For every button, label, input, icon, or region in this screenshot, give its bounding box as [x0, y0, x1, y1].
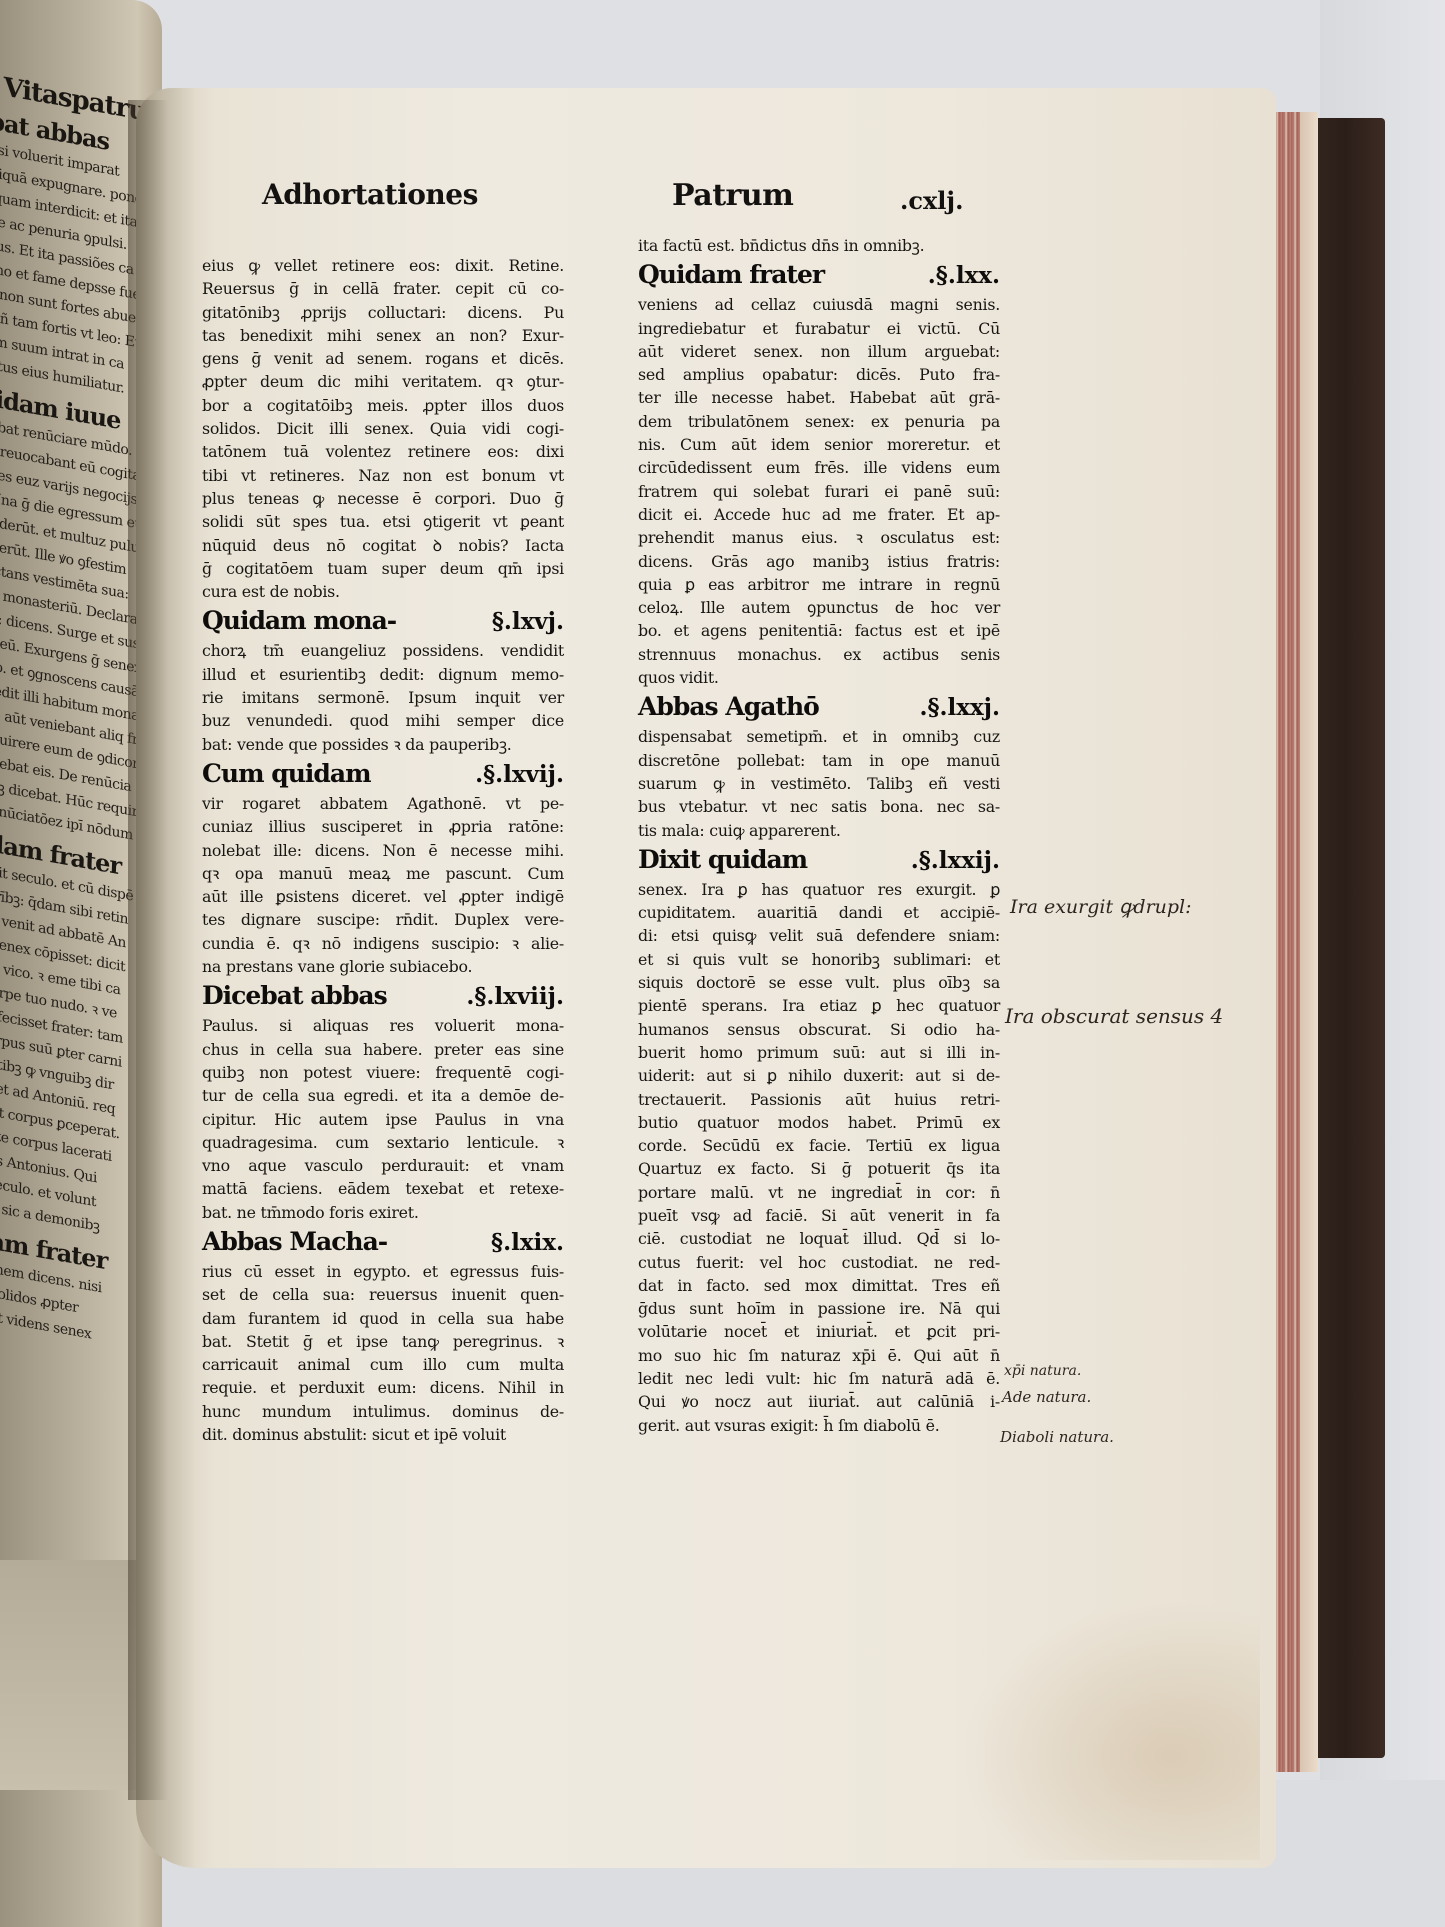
text-line: eius ꝙ vellet retinere eos: dixit. Retin… [202, 254, 564, 277]
section-number: §.lxvj. [492, 604, 564, 640]
text-line: ledit nec ledi vult: hic ſm naturā adā ē… [638, 1367, 1000, 1390]
text-line: fratrem qui solebat furari ei panē suū: [638, 480, 1000, 503]
text-line: set de cella sua: reuersus inuenit quen- [202, 1283, 564, 1306]
text-line: et si quis vult se honoribꝫ sublimari: e… [638, 948, 1000, 971]
text-line: cipitur. Hic autem ipse Paulus in vna [202, 1108, 564, 1131]
section-heading: Quidam mona-§.lxvj. [202, 603, 564, 639]
text-line: vno aque vasculo perdurauit: et vnam [202, 1154, 564, 1177]
text-line: vir rogaret abbatem Agathonē. vt pe- [202, 792, 564, 815]
text-line: mattā faciens. eādem texebat et retexe- [202, 1177, 564, 1200]
text-line: strennuus monachus. ex actibus senis [638, 643, 1000, 666]
text-line: bat. ne tm̄modo foris exiret. [202, 1201, 564, 1224]
text-line: bor a cogitatōibꝫ meis. ꝓpter illos duos [202, 394, 564, 417]
text-line: humanos sensus obscurat. Si odio ha- [638, 1018, 1000, 1041]
text-line: prehendit manus eius. ꝛ osculatus est: [638, 526, 1000, 549]
water-stain [960, 1600, 1260, 1860]
text-line: tes dignare suscipe: rn̄dit. Duplex vere… [202, 908, 564, 931]
section-title: Dicebat abbas [202, 978, 387, 1014]
text-line: dat in facto. sed mox dimittat. Tres eñ [638, 1274, 1000, 1297]
marginal-note: Ade natura. [1002, 1388, 1091, 1406]
folio-number: .cxlj. [900, 186, 963, 215]
text-line: Reuersus ḡ in cellā frater. cepit cū co- [202, 277, 564, 300]
section-heading: Cum quidam.§.lxvij. [202, 756, 564, 792]
text-line: dispensabat semetipm̄. et in omnibꝫ cuz [638, 725, 1000, 748]
text-line: Paulus. si aliquas res voluerit mona- [202, 1014, 564, 1037]
text-line: carricauit animal cum illo cum multa [202, 1353, 564, 1376]
marginal-note: Ira exurgit ꝙdrupl: [1010, 893, 1192, 919]
text-line: tis mala: cuiꝙ apparerent. [638, 819, 1000, 842]
text-line: sed amplius opabatur: dicēs. Puto fra- [638, 363, 1000, 386]
text-line: ingrediebatur et furabatur ei victū. Cū [638, 317, 1000, 340]
text-line: veniens ad cellaz cuiusdā magni senis. [638, 293, 1000, 316]
text-line: dem tribulatōnem senex: ex penuria pa [638, 410, 1000, 433]
text-line: ter ille necesse habet. Habebat aūt grā- [638, 386, 1000, 409]
text-line: quia ꝑ eas arbitror me intrare in regnū [638, 573, 1000, 596]
text-line: quos vidit. [638, 666, 1000, 689]
text-line: gerit. aut vsuras exigit: h̄ ſm diabolū … [638, 1414, 1000, 1437]
left-gutter-shadow [128, 100, 168, 1800]
text-line: circūdedissent eum frēs. ille videns eum [638, 456, 1000, 479]
text-line: hunc mundum intulimus. dominus de- [202, 1400, 564, 1423]
marginal-note: xp̄i natura. [1004, 1363, 1081, 1379]
text-line: illud et esurientibꝫ dedit: dignum memo- [202, 663, 564, 686]
section-number: .§.lxx. [928, 258, 1000, 294]
text-line: na prestans vane glorie subiacebo. [202, 955, 564, 978]
text-line: corde. Secūdū ex facie. Tertiū ex ligua [638, 1134, 1000, 1157]
text-line: dicens. Grās ago manibꝫ istius fratris: [638, 550, 1000, 573]
running-head-right: Patrum [672, 178, 793, 213]
section-title: Quidam frater [638, 257, 824, 293]
text-line: gens ḡ venit ad senem. rogans et dicēs. [202, 347, 564, 370]
section-title: Abbas Agathō [638, 689, 819, 725]
text-line: discretōne pollebat: tam in ope manuū [638, 749, 1000, 772]
text-line: quadragesima. cum sextario lenticule. ꝛ [202, 1131, 564, 1154]
text-line: trectauerit. Passionis aūt huius retri- [638, 1088, 1000, 1111]
marginal-note: Ira obscurat sensus 4 [1005, 1004, 1223, 1028]
text-line: cutus fuerit: vel hoc custodiat. ne red- [638, 1251, 1000, 1274]
section-number: .§.lxxij. [911, 843, 1000, 879]
marginal-note: Diaboli natura. [1000, 1428, 1114, 1446]
section-title: Cum quidam [202, 756, 371, 792]
section-title: Quidam mona- [202, 603, 396, 639]
text-line: ḡ cogitatōem tuam super deum qm̄ ipsi [202, 557, 564, 580]
text-line: dit. dominus abstulit: sicut et ipē volu… [202, 1423, 564, 1446]
text-line: butio quatuor modos habet. Primū ex [638, 1111, 1000, 1134]
text-line: pientē sperans. Ira etiaz ꝑ hec quatuor [638, 994, 1000, 1017]
text-line: mo suo hic ſm naturaz xp̄i ē. Qui aūt n̄ [638, 1344, 1000, 1367]
text-line: plus teneas ꝙ necesse ē corpori. Duo ḡ [202, 487, 564, 510]
running-head-left: Adhortationes [262, 178, 478, 211]
section-number: .§.lxvij. [475, 757, 564, 793]
text-line: portare malū. vt ne ingrediat̄ in cor: n… [638, 1181, 1000, 1204]
text-line: siquis doctorē se esse vult. plus oībꝫ s… [638, 971, 1000, 994]
text-line: bat: vende que possides ꝛ da pauperibꝫ. [202, 733, 564, 756]
text-line: tas benedixit mihi senex an non? Exur- [202, 324, 564, 347]
text-line: chus in cella sua habere. preter eas sin… [202, 1038, 564, 1061]
section-heading: Dixit quidam.§.lxxij. [638, 842, 1000, 878]
section-number: §.lxix. [491, 1225, 564, 1261]
text-line: quibꝫ non potest viuere: frequentē cogi- [202, 1061, 564, 1084]
text-line: ciē. custodiat ne loquat̄ illud. Qd̄ si … [638, 1227, 1000, 1250]
section-heading: Quidam frater.§.lxx. [638, 257, 1000, 293]
text-line: celoꝝ. Ille autem ꝯpunctus de hoc ver [638, 596, 1000, 619]
text-line: aūt videret senex. non illum arguebat: [638, 340, 1000, 363]
text-line: nolebat ille: dicens. Non ē necesse mihi… [202, 839, 564, 862]
text-line: suarum ꝙ in vestimēto. Talibꝫ eñ vesti [638, 772, 1000, 795]
text-line: dam furantem id quod in cella sua habe [202, 1307, 564, 1330]
text-line: cura est de nobis. [202, 580, 564, 603]
text-line: cupiditatem. auaritiā dandi et accipiē- [638, 901, 1000, 924]
text-line: cuniaz illius susciperet in ꝓpria ratōne… [202, 815, 564, 838]
text-line: rius cū esset in egypto. et egressus fui… [202, 1260, 564, 1283]
text-line: Quartuz ex facto. Si ḡ potuerit q̄s ita [638, 1157, 1000, 1180]
text-line: tur de cella sua egredi. et ita a demōe … [202, 1084, 564, 1107]
left-text-block: ūciauit seculo. et cū dispēpauprībꝫ: q̄d… [0, 855, 137, 1244]
text-column-left: eius ꝙ vellet retinere eos: dixit. Retin… [202, 254, 564, 1446]
text-line: volūtarie nocet̄ et iniuriat̄. et ꝑcit p… [638, 1320, 1000, 1343]
text-line: solidos. Dicit illi senex. Quia vidi cog… [202, 417, 564, 440]
text-line: aūt ille ꝑsistens diceret. vel ꝓpter ind… [202, 885, 564, 908]
text-line: dicit ei. Accede huc ad me frater. Et ap… [638, 503, 1000, 526]
section-title: Dixit quidam [638, 842, 807, 878]
text-line: ꝓpter deum dic mihi veritatem. qꝛ ꝯtur- [202, 370, 564, 393]
text-line: uiderit: aut si ꝑ nihilo duxerit: aut si… [638, 1064, 1000, 1087]
text-line: chorꝝ tm̄ euangeliuz possidens. vendidit [202, 639, 564, 662]
section-number: .§.lxxj. [919, 690, 1000, 726]
section-number: .§.lxviij. [466, 979, 564, 1015]
text-line: cundia ē. qꝛ nō indigens suscipio: ꝛ ali… [202, 932, 564, 955]
text-column-right: ita factū est. bn̄dictus dn̄s in omnibꝫ.… [638, 234, 1000, 1437]
text-line: bus vtebatur. vt nec satis bona. nec sa- [638, 795, 1000, 818]
text-line: solidi sūt spes tua. etsi ꝯtigerit vt ꝑe… [202, 510, 564, 533]
text-line: ḡdus sunt hoīm in passione ire. Nā qui [638, 1297, 1000, 1320]
text-line: pueīt vsꝙ ad faciē. Si aūt venerit in fa [638, 1204, 1000, 1227]
text-line: senex. Ira ꝑ has quatuor res exurgit. ꝑ [638, 878, 1000, 901]
section-heading: Abbas Macha-§.lxix. [202, 1224, 564, 1260]
page-edge-inner [1300, 112, 1318, 1772]
section-heading: Dicebat abbas.§.lxviij. [202, 978, 564, 1014]
text-line: requie. et perduxit eum: dicens. Nihil i… [202, 1376, 564, 1399]
section-heading: Abbas Agathō.§.lxxj. [638, 689, 1000, 725]
text-line: buz venundedi. quod mihi semper dice [202, 709, 564, 732]
text-line: tatōnem tuā volentez retinere eos: dixi [202, 440, 564, 463]
text-line: bo. et agens penitentiā: factus est et i… [638, 619, 1000, 642]
text-line: gitatōnibꝫ ꝓprijs colluctari: dicens. Pu [202, 301, 564, 324]
text-line: ita factū est. bn̄dictus dn̄s in omnibꝫ. [638, 234, 1000, 257]
text-line: bat. Stetit ḡ et ipse tanꝙ peregrinus. ꝛ [202, 1330, 564, 1353]
text-line: nis. Cum aūt idem senior moreretur. et [638, 433, 1000, 456]
section-title: Abbas Macha- [202, 1224, 387, 1260]
text-line: tibi vt retineres. Naz non est bonum vt [202, 464, 564, 487]
text-line: buerit homo primum suū: aut si illi in- [638, 1041, 1000, 1064]
text-line: Qui ꝟo nocz aut iiuriat̄. aut calūniā i- [638, 1390, 1000, 1413]
text-line: di: etsi quisꝙ velit suā defendere sniam… [638, 924, 1000, 947]
text-line: nūquid deus nō cogitat ꝺ nobis? Iacta [202, 534, 564, 557]
text-line: qꝛ opa manuū meaꝝ me pascunt. Cum [202, 862, 564, 885]
text-line: rie imitans sermonē. Ipsum inquit ver [202, 686, 564, 709]
